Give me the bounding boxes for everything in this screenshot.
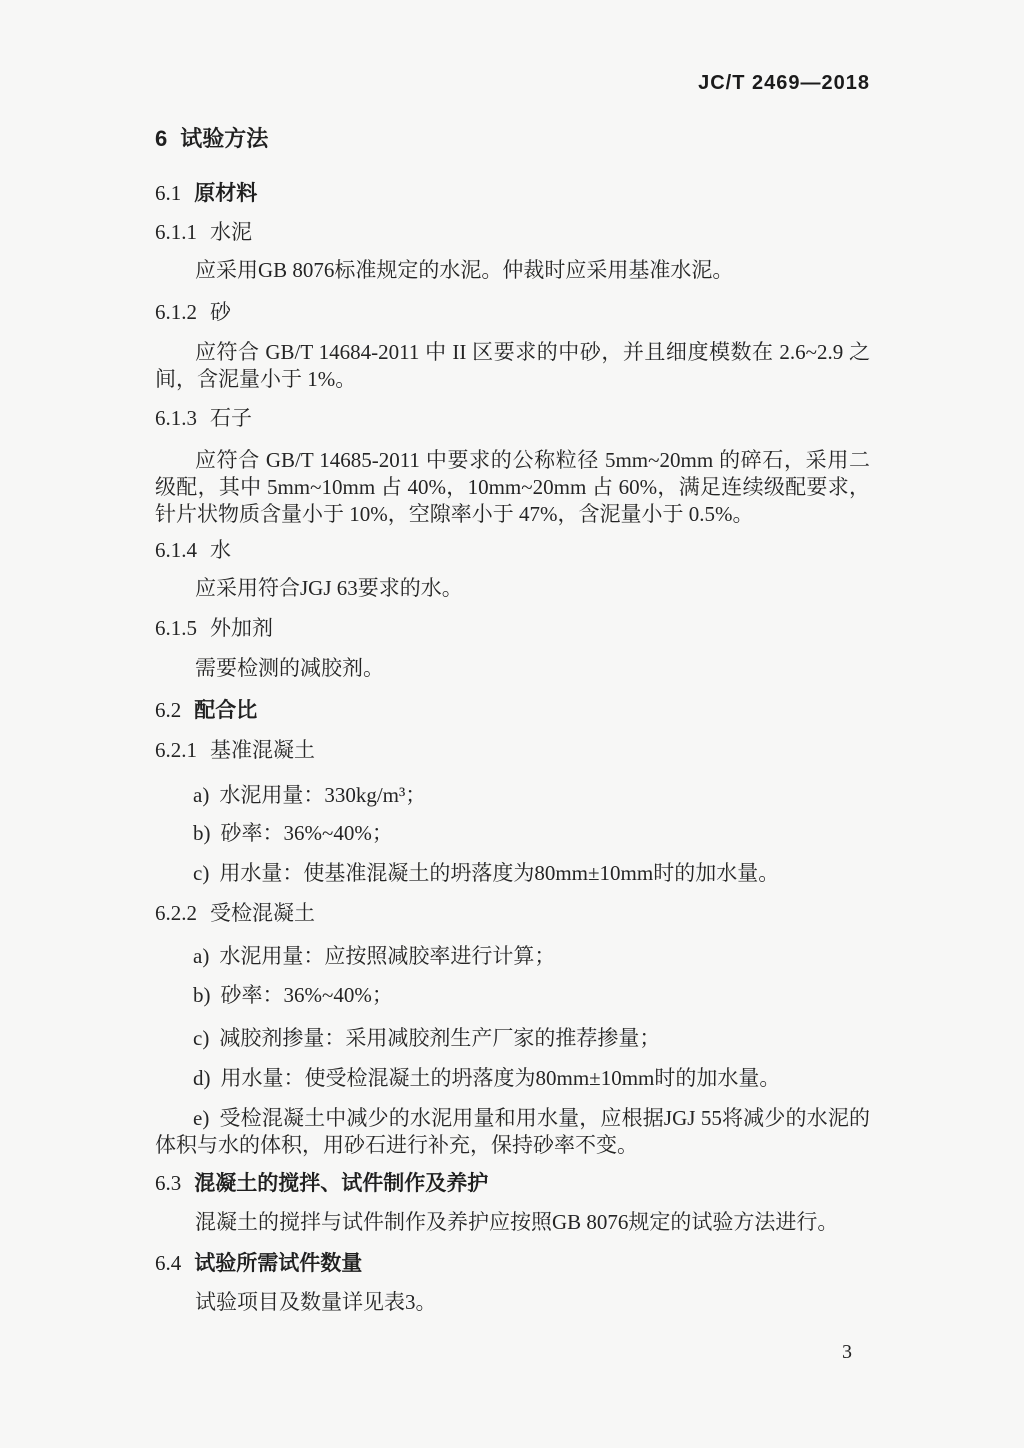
paragraph: 应采用GB 8076标准规定的水泥。仲裁时应采用基准水泥。 (155, 257, 870, 284)
heading-title: 水泥 (210, 220, 252, 244)
heading-title: 配合比 (194, 699, 257, 722)
document-body: 6试验方法 6.1原材料 6.1.1水泥 应采用GB 8076标准规定的水泥。仲… (155, 0, 870, 1316)
heading-number: 6.2.2 (155, 901, 197, 925)
subsection-heading-6-1-3: 6.1.3石子 (155, 405, 870, 432)
heading-title: 基准混凝土 (210, 738, 315, 762)
heading-title: 水 (210, 538, 231, 562)
list-item: a)水泥用量：330kg/m³； (155, 782, 870, 809)
subsection-heading-6-2-2: 6.2.2受检混凝土 (155, 900, 870, 927)
list-item-text: 受检混凝土中减少的水泥用量和用水量，应根据JGJ 55将减少的水泥的体积与水的体… (155, 1106, 870, 1157)
page-number: 3 (842, 1339, 852, 1365)
heading-number: 6.1.4 (155, 538, 197, 562)
section-heading-6-2: 6.2配合比 (155, 697, 870, 724)
paragraph: 混凝土的搅拌与试件制作及养护应按照GB 8076规定的试验方法进行。 (155, 1209, 870, 1236)
heading-number: 6.1.2 (155, 300, 197, 324)
heading-title: 原材料 (194, 182, 257, 205)
list-item-text: 水泥用量：应按照减胶率进行计算； (219, 944, 555, 968)
list-item: a)水泥用量：应按照减胶率进行计算； (155, 943, 870, 970)
heading-title: 石子 (210, 406, 252, 430)
heading-number: 6.1.1 (155, 220, 197, 244)
list-item-text: 减胶剂掺量：采用减胶剂生产厂家的推荐掺量； (219, 1026, 660, 1050)
list-item: e)受检混凝土中减少的水泥用量和用水量，应根据JGJ 55将减少的水泥的体积与水… (155, 1105, 870, 1159)
document-page: JC/T 2469—2018 6试验方法 6.1原材料 6.1.1水泥 应采用G… (0, 0, 1024, 1448)
list-item-text: 砂率：36%~40%； (221, 983, 393, 1007)
heading-number: 6.1.5 (155, 616, 197, 640)
subsection-heading-6-2-1: 6.2.1基准混凝土 (155, 737, 870, 764)
section-heading-6-1: 6.1原材料 (155, 180, 870, 207)
heading-title: 混凝土的搅拌、试件制作及养护 (194, 1172, 488, 1195)
list-item: c)用水量：使基准混凝土的坍落度为80mm±10mm时的加水量。 (155, 860, 870, 887)
heading-number: 6.2.1 (155, 738, 197, 762)
heading-number: 6.4 (155, 1251, 181, 1275)
heading-number: 6 (155, 126, 167, 151)
list-item-label: c) (193, 1026, 209, 1050)
heading-title: 砂 (210, 300, 231, 324)
heading-number: 6.2 (155, 698, 181, 722)
section-heading-6-4: 6.4试验所需试件数量 (155, 1250, 870, 1277)
subsection-heading-6-1-5: 6.1.5外加剂 (155, 615, 870, 642)
paragraph: 应符合 GB/T 14684-2011 中 II 区要求的中砂，并且细度模数在 … (155, 339, 870, 393)
list-item: b)砂率：36%~40%； (155, 820, 870, 847)
heading-number: 6.3 (155, 1171, 181, 1195)
heading-title: 受检混凝土 (210, 901, 315, 925)
heading-number: 6.1 (155, 181, 181, 205)
subsection-heading-6-1-2: 6.1.2砂 (155, 299, 870, 326)
list-item-text: 用水量：使基准混凝土的坍落度为80mm±10mm时的加水量。 (219, 861, 779, 885)
list-item-label: d) (193, 1066, 211, 1090)
subsection-heading-6-1-4: 6.1.4水 (155, 537, 870, 564)
list-item-text: 用水量：使受检混凝土的坍落度为80mm±10mm时的加水量。 (221, 1066, 781, 1090)
list-item-label: b) (193, 983, 211, 1007)
heading-title: 外加剂 (210, 616, 273, 640)
chapter-heading: 6试验方法 (155, 125, 870, 152)
list-item-label: a) (193, 944, 209, 968)
paragraph: 试验项目及数量详见表3。 (155, 1289, 870, 1316)
list-item-label: b) (193, 821, 211, 845)
list-item: d)用水量：使受检混凝土的坍落度为80mm±10mm时的加水量。 (155, 1065, 870, 1092)
paragraph: 需要检测的减胶剂。 (155, 655, 870, 682)
heading-title: 试验所需试件数量 (194, 1252, 362, 1275)
list-item: c)减胶剂掺量：采用减胶剂生产厂家的推荐掺量； (155, 1025, 870, 1052)
subsection-heading-6-1-1: 6.1.1水泥 (155, 219, 870, 246)
list-item: b)砂率：36%~40%； (155, 982, 870, 1009)
paragraph: 应符合 GB/T 14685-2011 中要求的公称粒径 5mm~20mm 的碎… (155, 447, 870, 528)
section-heading-6-3: 6.3混凝土的搅拌、试件制作及养护 (155, 1170, 870, 1197)
list-item-label: e) (193, 1106, 209, 1130)
list-item-text: 水泥用量：330kg/m³； (219, 783, 426, 807)
list-item-label: a) (193, 783, 209, 807)
list-item-label: c) (193, 861, 209, 885)
heading-title: 试验方法 (180, 126, 268, 151)
list-item-text: 砂率：36%~40%； (221, 821, 393, 845)
paragraph: 应采用符合JGJ 63要求的水。 (155, 575, 870, 602)
heading-number: 6.1.3 (155, 406, 197, 430)
